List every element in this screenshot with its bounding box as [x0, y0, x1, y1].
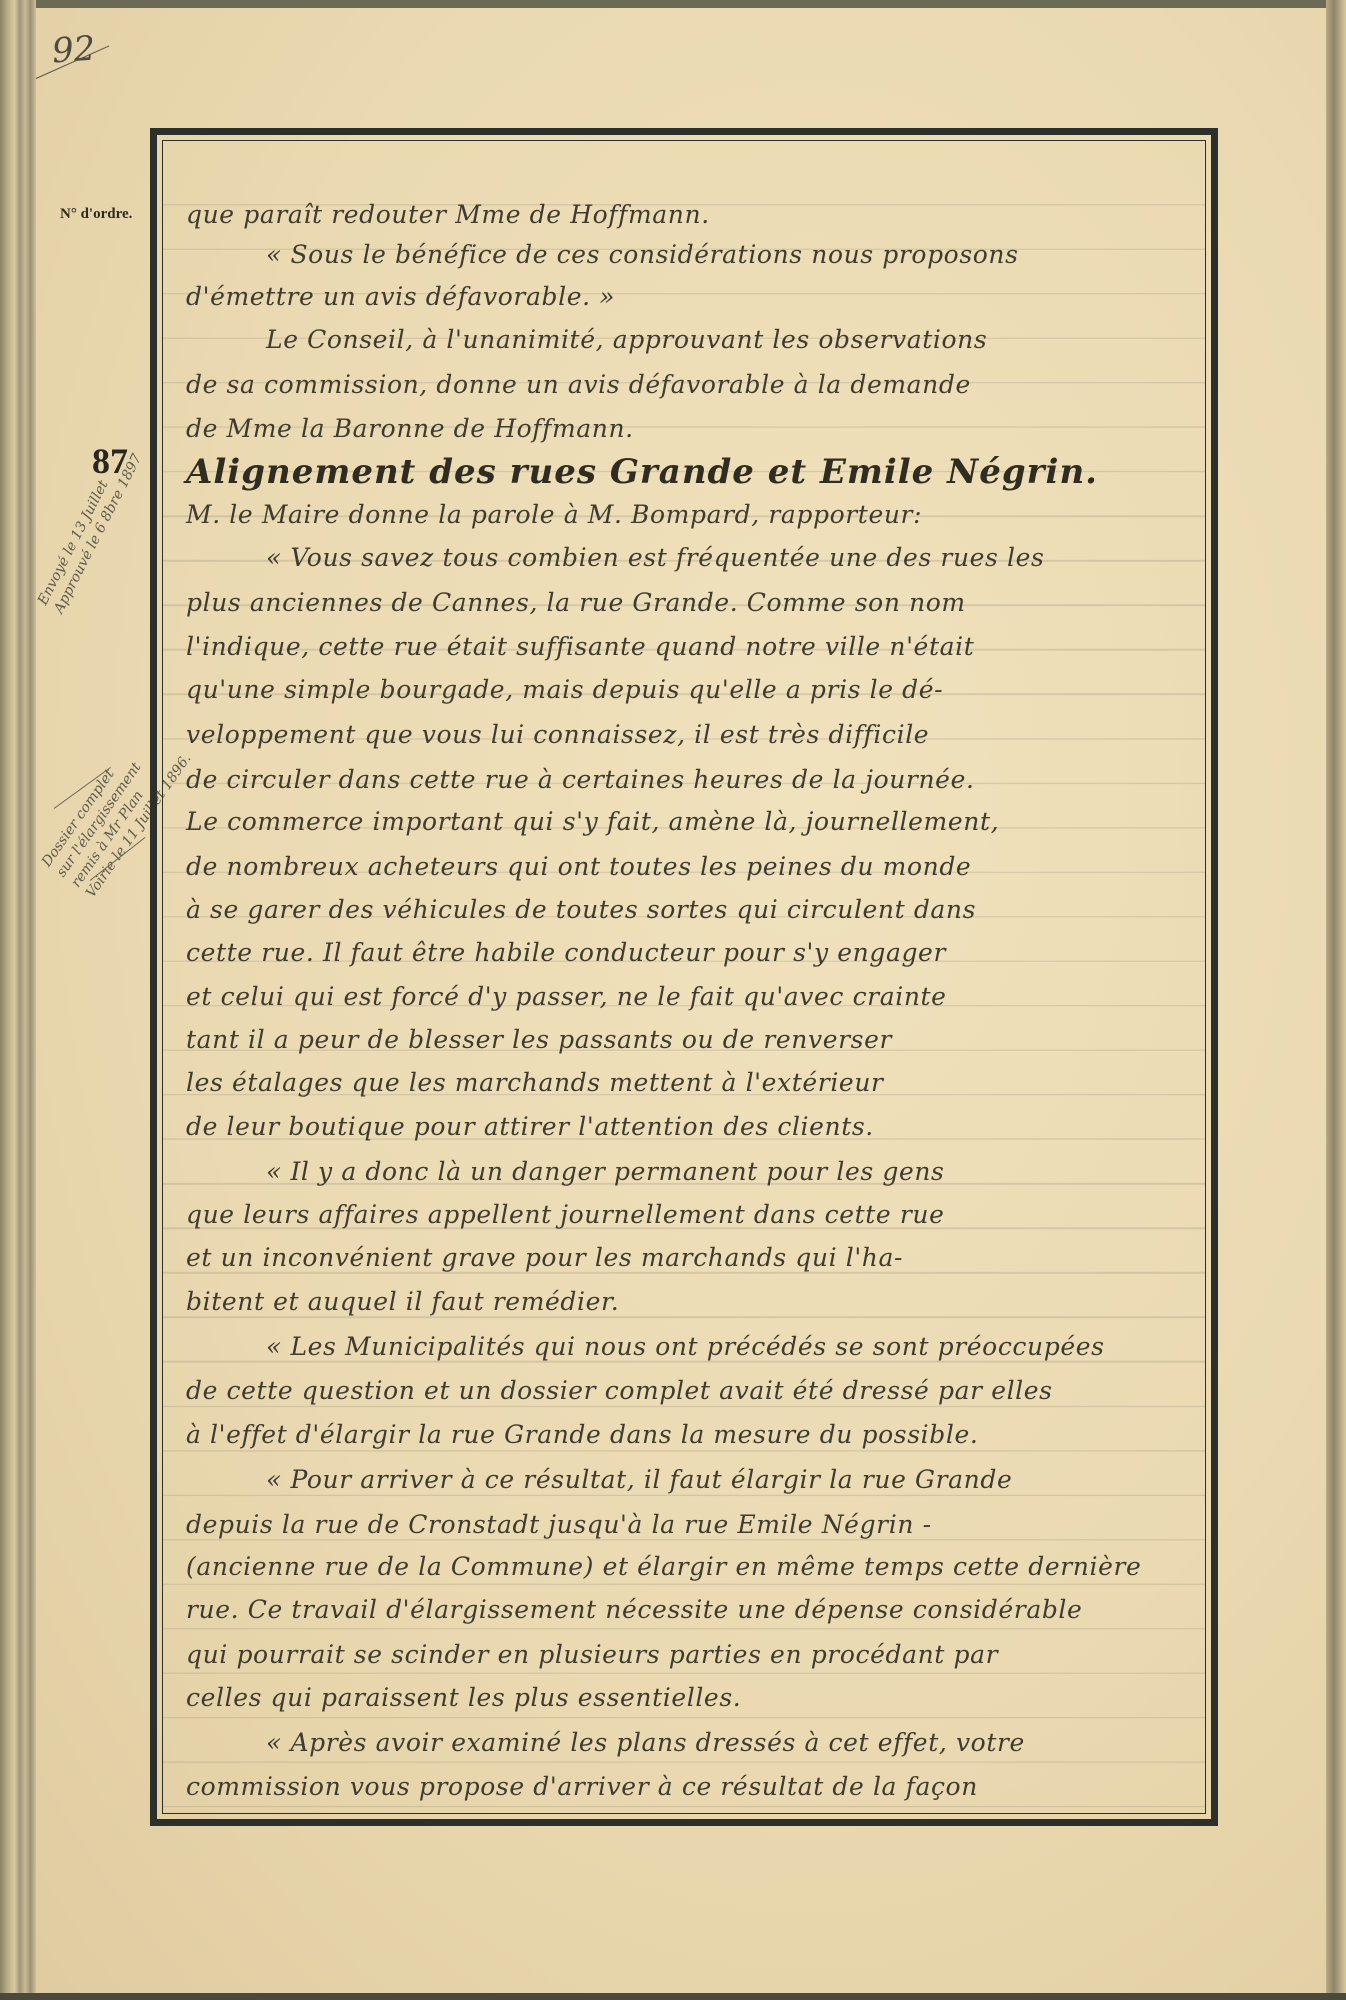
handwritten-line: tant il a peur de blesser les passants o… [186, 1025, 892, 1054]
handwritten-line: Le Conseil, à l'unanimité, approuvant le… [266, 325, 987, 354]
section-heading: Alignement des rues Grande et Emile Négr… [186, 452, 1098, 492]
handwritten-line: veloppement que vous lui connaissez, il … [186, 720, 929, 749]
handwritten-line: de circuler dans cette rue à certaines h… [186, 765, 975, 794]
handwritten-line: et celui qui est forcé d'y passer, ne le… [186, 982, 947, 1011]
handwritten-line: « Vous savez tous combien est fréquentée… [266, 543, 1044, 572]
handwritten-line: l'indique, cette rue était suffisante qu… [186, 632, 974, 661]
handwritten-line: de nombreux acheteurs qui ont toutes les… [186, 852, 971, 881]
handwritten-line: depuis la rue de Cronstadt jusqu'à la ru… [186, 1510, 932, 1539]
handwritten-line: rue. Ce travail d'élargissement nécessit… [186, 1595, 1082, 1624]
handwritten-line: qu'une simple bourgade, mais depuis qu'e… [186, 675, 943, 704]
handwritten-line: d'émettre un avis défavorable. » [186, 282, 615, 311]
handwritten-line: de leur boutique pour attirer l'attentio… [186, 1112, 874, 1141]
page-number: 92 [51, 29, 97, 72]
handwritten-line: à se garer des véhicules de toutes sorte… [186, 895, 976, 924]
handwritten-line: que paraît redouter Mme de Hoffmann. [186, 200, 710, 229]
handwritten-line: « Pour arriver à ce résultat, il faut él… [266, 1465, 1012, 1494]
handwritten-line: « Les Municipalités qui nous ont précédé… [266, 1332, 1105, 1361]
handwritten-line: cette rue. Il faut être habile conducteu… [186, 938, 946, 967]
handwritten-line: Le commerce important qui s'y fait, amèn… [186, 807, 999, 836]
handwritten-line: de sa commission, donne un avis défavora… [186, 370, 971, 399]
handwritten-line: de Mme la Baronne de Hoffmann. [186, 414, 634, 443]
handwritten-line: les étalages que les marchands mettent à… [186, 1068, 884, 1097]
page-top-edge [0, 0, 1346, 8]
handwritten-line: (ancienne rue de la Commune) et élargir … [186, 1552, 1141, 1581]
handwritten-line: « Sous le bénéfice de ces considérations… [266, 240, 1019, 269]
handwritten-line: celles qui paraissent les plus essentiel… [186, 1683, 741, 1712]
register-page: 92 N° d'ordre. 87 Envoyé le 13 Juillet A… [0, 0, 1346, 2000]
handwritten-line: qui pourrait se scinder en plusieurs par… [186, 1640, 998, 1669]
handwritten-line: de cette question et un dossier complet … [186, 1376, 1053, 1405]
handwritten-line: « Après avoir examiné les plans dressés … [266, 1728, 1025, 1757]
order-number-label: N° d'ordre. [60, 206, 132, 223]
handwritten-line: que leurs affaires appellent journelleme… [186, 1200, 944, 1229]
handwritten-line: « Il y a donc là un danger permanent pou… [266, 1157, 945, 1186]
handwritten-line: commission vous propose d'arriver à ce r… [186, 1772, 978, 1801]
page-right-edge [1326, 0, 1346, 2000]
page-bottom-edge [0, 1993, 1346, 2000]
book-binding [0, 0, 36, 2000]
handwritten-line: à l'effet d'élargir la rue Grande dans l… [186, 1420, 978, 1449]
handwritten-line: M. le Maire donne la parole à M. Bompard… [186, 500, 922, 529]
handwritten-line: plus anciennes de Cannes, la rue Grande.… [186, 588, 966, 617]
handwritten-line: et un inconvénient grave pour les marcha… [186, 1243, 903, 1272]
margin-note-approval: Envoyé le 13 Juillet Approuvé le 6 8bre … [34, 443, 146, 616]
handwritten-line: bitent et auquel il faut remédier. [186, 1287, 619, 1316]
